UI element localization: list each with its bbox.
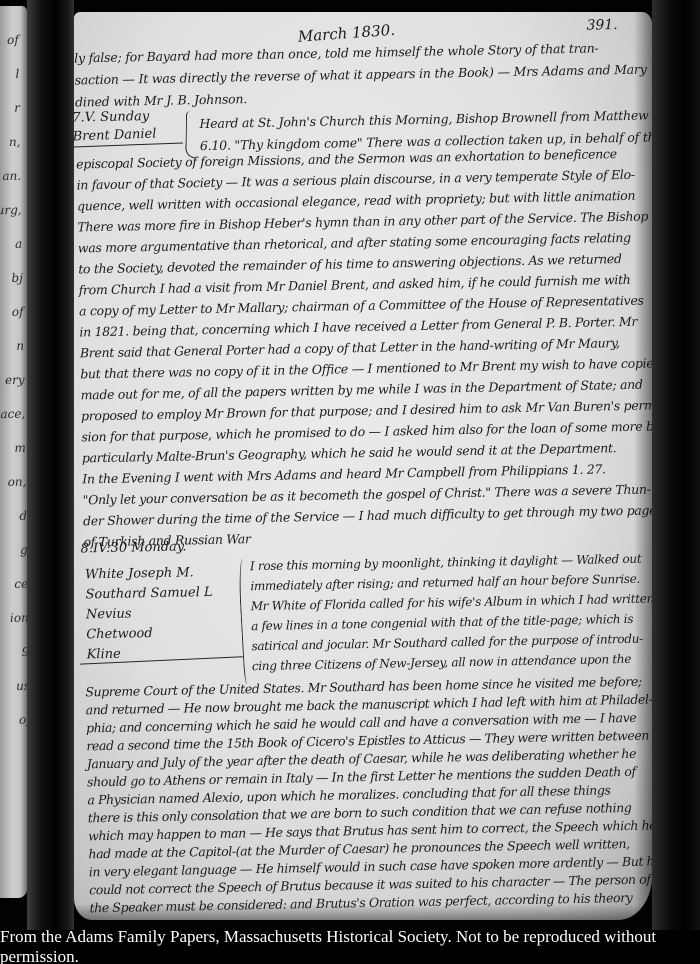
facing-text-fragment: of — [7, 34, 19, 47]
facing-text-fragment: a — [15, 238, 22, 251]
entry2-body: Supreme Court of the United States. Mr S… — [85, 673, 652, 918]
continuation-paragraph: ly false; for Bayard had more than once,… — [74, 37, 637, 114]
handwritten-ink-layer: 391. March 1830. ly false; for Bayard ha… — [74, 12, 652, 920]
facing-text-fragment: ery — [5, 374, 25, 387]
entry2-time-label: 8.IV:30 Monday. — [80, 539, 186, 556]
facing-text-fragment: n, — [9, 136, 21, 149]
facing-text-fragment: an. — [3, 170, 22, 183]
entry1-margin-notes: 7.V. Sunday Brent Daniel — [74, 107, 183, 146]
page-right-edge — [652, 0, 700, 930]
facing-page-text-fragments: oflrn,an.urg,abjofnerylace,mon,dgceion9u… — [0, 34, 27, 727]
attribution-bar: From the Adams Family Papers, Massachuse… — [0, 930, 700, 964]
facing-text-fragment: m — [15, 442, 27, 455]
facing-text-fragment: on, — [8, 476, 27, 489]
facing-text-fragment: ce — [15, 578, 27, 591]
facing-text-fragment: of — [12, 306, 24, 319]
facing-text-fragment: bj — [12, 272, 24, 285]
entry2-opening-lines: I rose this morning by moonlight, thinki… — [250, 549, 652, 677]
facing-text-fragment: lace, — [0, 408, 26, 421]
facing-text-fragment: of — [19, 714, 27, 727]
book-gutter — [27, 0, 74, 930]
facing-text-fragment: l — [16, 68, 20, 81]
facing-text-fragment: d — [20, 510, 27, 523]
facing-text-fragment: r — [14, 102, 20, 115]
entry1-body: episcopal Society of foreign Missions, a… — [76, 143, 648, 553]
manuscript-page: 391. March 1830. ly false; for Bayard ha… — [74, 12, 652, 920]
page-number: 391. — [586, 17, 617, 34]
facing-text-fragment: g — [20, 544, 27, 557]
entry2-visitor-names: White Joseph M.Southard Samuel LNeviusCh… — [85, 562, 237, 665]
facing-text-fragment: ion — [10, 612, 27, 625]
entry1-visitor-name: Brent Daniel — [74, 124, 183, 147]
facing-text-fragment: urg, — [0, 204, 22, 217]
facing-text-fragment: us — [16, 680, 27, 693]
facing-page-edge: oflrn,an.urg,abjofnerylace,mon,dgceion9u… — [0, 6, 27, 898]
attribution-text: From the Adams Family Papers, Massachuse… — [0, 927, 700, 964]
facing-text-fragment: n — [17, 340, 25, 353]
